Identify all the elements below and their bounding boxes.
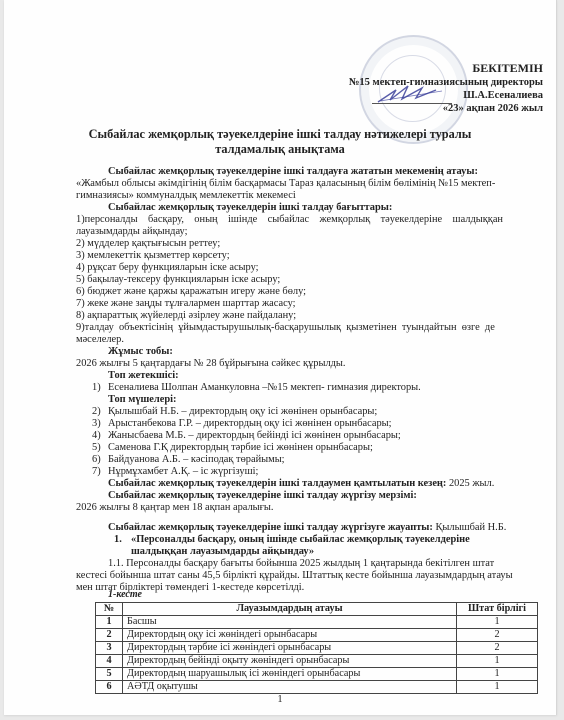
group-members-label: Топ мүшелері: — [108, 394, 176, 406]
row-number: 4 — [96, 655, 123, 668]
member-item: Қылышбай Н.Б. – директордың оқу ісі жөні… — [108, 406, 377, 418]
direction-item: 7) жеке және заңды тұлғалармен шарттар ж… — [76, 298, 296, 310]
document-title-line1: Сыбайлас жемқорлық тәуекелдеріне ішкі та… — [4, 126, 556, 142]
signature-line — [372, 103, 452, 104]
direction-item: 4) рұқсат беру функцияларын іске асыру; — [76, 262, 259, 274]
direction-item: 8) ақпараттық жүйелерді әзірлеу және пай… — [76, 310, 296, 322]
member-number: 4) — [92, 430, 101, 442]
table-row: 2Директордың оқу ісі жөніндегі орынбасар… — [96, 629, 538, 642]
direction-item: 3) мемлекеттік қызметтер көрсету; — [76, 250, 230, 262]
member-number: 3) — [92, 418, 101, 430]
approval-position: №15 мектеп-гимназиясының директоры — [349, 76, 543, 89]
staff-units: 1 — [457, 681, 538, 694]
row-number: 5 — [96, 668, 123, 681]
group-leader-label: Топ жетекшісі: — [108, 370, 179, 382]
analysis-period: Сыбайлас жемқорлық тәуекелдерін ішкі тал… — [108, 478, 494, 490]
header-position: Лауазымдардың атауы — [123, 603, 457, 616]
direction-item: мәселелер. — [76, 334, 124, 346]
responsible-label: Сыбайлас жемқорлық тәуекелдеріне ішкі та… — [108, 522, 433, 533]
responsible-value: Қылышбай Н.Б. — [433, 522, 506, 533]
analysis-term-label: Сыбайлас жемқорлық тәуекелдеріне ішкі та… — [108, 490, 417, 502]
work-group-basis: 2026 жылғы 5 қаңтардағы № 28 бұйрығына с… — [76, 358, 346, 370]
staff-units: 1 — [457, 616, 538, 629]
member-item: Нұрмұхамбет А.Қ. – іс жүргізуші; — [108, 466, 258, 478]
member-item: Байдуанова А.Б. – кәсіподақ төрайымы; — [108, 454, 285, 466]
position-name: Директордың бейінді оқыту жөніндегі орын… — [123, 655, 457, 668]
member-number: 7) — [92, 466, 101, 478]
staff-table: № Лауазымдардың атауы Штат бірлігі 1Басш… — [95, 602, 538, 694]
header-staff-units: Штат бірлігі — [457, 603, 538, 616]
page-number: 1 — [4, 694, 556, 705]
institution-name-line2: гимназиясы» коммуналдық мемлекеттік меке… — [76, 190, 296, 202]
table-row: 1Басшы1 — [96, 616, 538, 629]
document-page: БЕКІТЕМІН №15 мектеп-гимназиясының дирек… — [4, 0, 557, 715]
institution-label: Сыбайлас жемқорлық тәуекелдеріне ішкі та… — [108, 166, 478, 178]
member-number: 5) — [92, 442, 101, 454]
staff-units: 1 — [457, 655, 538, 668]
directions-label: Сыбайлас жемқорлық тәуекелдерін ішкі тал… — [108, 202, 392, 214]
approval-block: БЕКІТЕМІН №15 мектеп-гимназиясының дирек… — [349, 60, 543, 115]
member-number: 2) — [92, 406, 101, 418]
row-number: 6 — [96, 681, 123, 694]
member-number: 6) — [92, 454, 101, 466]
direction-item: 5) бақылау-тексеру функцияларын іске асы… — [76, 274, 280, 286]
position-name: АӘТД оқытушы — [123, 681, 457, 694]
table-row: 6АӘТД оқытушы1 — [96, 681, 538, 694]
section1-title-line2: шалдыққан лауазымдарды айқындау» — [131, 546, 314, 558]
work-group-label: Жұмыс тобы: — [108, 346, 173, 358]
responsible-person: Сыбайлас жемқорлық тәуекелдеріне ішкі та… — [108, 522, 506, 534]
section1-para-line2: кестесі бойынша штат саны 45,5 бірлікті … — [76, 570, 513, 582]
table-row: 3Директордың тәрбие ісі жөніндегі орынба… — [96, 642, 538, 655]
approval-heading: БЕКІТЕМІН — [349, 60, 543, 76]
analysis-period-label: Сыбайлас жемқорлық тәуекелдерін ішкі тал… — [108, 478, 446, 489]
section1-number: 1. — [114, 534, 122, 546]
position-name: Директордың тәрбие ісі жөніндегі орынбас… — [123, 642, 457, 655]
member-item: Саменова Г.Қ директордың тәрбие ісі жөні… — [108, 442, 373, 454]
row-number: 2 — [96, 629, 123, 642]
section1-title-line1: «Персоналды басқару, оның ішінде сыбайла… — [131, 534, 470, 546]
position-name: Директордың шаруашылық ісі жөніндегі оры… — [123, 668, 457, 681]
position-name: Басшы — [123, 616, 457, 629]
analysis-term-value: 2026 жылғы 8 қаңтар мен 18 ақпан аралығы… — [76, 502, 274, 514]
staff-units: 1 — [457, 668, 538, 681]
table-row: 5Директордың шаруашылық ісі жөніндегі ор… — [96, 668, 538, 681]
direction-item: 9)талдау объектісінің ұйымдастырушылық-б… — [76, 322, 551, 334]
member-item: Арыстанбекова Г.Р. – директордың оқу ісі… — [108, 418, 392, 430]
staff-units: 2 — [457, 642, 538, 655]
group-leader-name: Есеналиева Шолпан Аманкуловна –№15 мекте… — [108, 382, 421, 394]
table1-caption: 1-кесте — [108, 589, 142, 601]
direction-item: 1)персоналды басқару, оның ішінде сыбайл… — [76, 214, 551, 226]
direction-item: лауазымдарды айқындау; — [76, 226, 188, 238]
table-row: 4Директордың бейінді оқыту жөніндегі оры… — [96, 655, 538, 668]
direction-item: 6) бюджет және қаржы қаражатын игеру жән… — [76, 286, 306, 298]
position-name: Директордың оқу ісі жөніндегі орынбасары — [123, 629, 457, 642]
header-number: № — [96, 603, 123, 616]
approval-signatory: Ш.А.Есеналиева — [349, 89, 543, 102]
group-leader-number: 1) — [92, 382, 101, 394]
staff-table-header: № Лауазымдардың атауы Штат бірлігі — [96, 603, 538, 616]
section1-para-line1: 1.1. Персоналды басқару бағыты бойынша 2… — [108, 558, 494, 570]
row-number: 3 — [96, 642, 123, 655]
row-number: 1 — [96, 616, 123, 629]
analysis-period-value: 2025 жыл. — [446, 478, 494, 489]
institution-name-line1: «Жамбыл облысы әкімдігінің білім басқарм… — [76, 178, 495, 190]
document-title-line2: талдамалық анықтама — [4, 141, 556, 157]
member-item: Жанысбаева М.Б. – директордың бейінді іс… — [108, 430, 401, 442]
direction-item: 2) мүдделер қақтығысын реттеу; — [76, 238, 220, 250]
staff-units: 2 — [457, 629, 538, 642]
